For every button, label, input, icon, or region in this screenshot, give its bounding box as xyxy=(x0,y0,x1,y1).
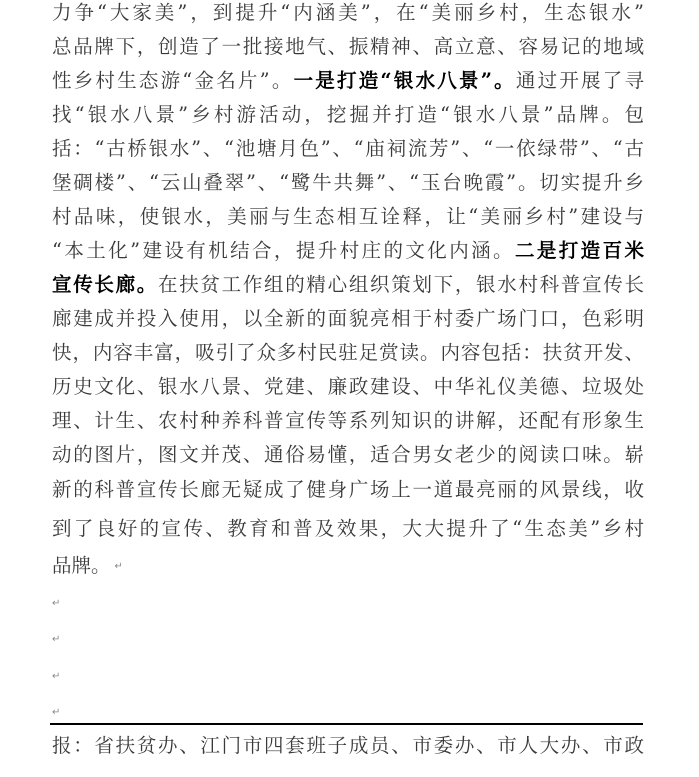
text-line-7: 村品味，使银水，美丽与生态相互诠释，让“美丽乡村”建设与 xyxy=(52,204,644,230)
bold-heading-two-start: 二是打造百米 xyxy=(515,239,644,262)
document-page: 力争“大家美”，到提升“内涵美”，在“美丽乡村，生态银水” 总品牌下，创造了一批… xyxy=(0,0,699,777)
text-line-2: 总品牌下，创造了一批接地气、振精神、高立意、容易记的地域 xyxy=(52,34,644,60)
bold-heading-one: 一是打造“银水八景”。 xyxy=(294,69,516,92)
paragraph-mark-icon: ↵ xyxy=(52,671,60,683)
text-line-6: 堡碉楼”、“云山叠翠”、“鹭牛共舞”、“玉台晚霞”。切实提升乡 xyxy=(52,170,644,196)
line-text: 新的科普宣传长廊无疑成了健身广场上一道最亮丽的风景线，收 xyxy=(52,478,644,501)
line-text: 历史文化、银水八景、党建、廉政建设、中华礼仪美德、垃圾处 xyxy=(52,375,644,398)
line-text: 力争“大家美”，到提升“内涵美”，在“美丽乡村，生态银水” xyxy=(52,1,644,24)
line-text: 总品牌下，创造了一批接地气、振精神、高立意、容易记的地域 xyxy=(52,35,644,58)
text-line-17: 品牌。↵ xyxy=(52,553,644,579)
text-line-5: 括：“古桥银水”、“池塘月色”、“庙祠流芳”、“一依绿带”、“古 xyxy=(52,136,644,162)
text-line-1: 力争“大家美”，到提升“内涵美”，在“美丽乡村，生态银水” xyxy=(52,0,644,26)
bold-heading-two-end: 宣传长廊。 xyxy=(52,273,158,296)
line-text: 括：“古桥银水”、“池塘月色”、“庙祠流芳”、“一依绿带”、“古 xyxy=(52,137,644,160)
paragraph-mark-icon: ↵ xyxy=(52,634,60,646)
paragraph-mark-icon: ↵ xyxy=(115,561,123,572)
line-text: 品牌。 xyxy=(52,554,111,577)
line-text: 廊建成并投入使用，以全新的面貌亮相于村委广场门口，色彩明 xyxy=(52,307,644,330)
line-text: 通过开展了寻 xyxy=(516,69,644,92)
text-line-13: 理、计生、农村种养科普宣传等系列知识的讲解，还配有形象生 xyxy=(52,408,644,434)
distribution-text: 报：省扶贫办、江门市四套班子成员、市委办、市人大办、市政 xyxy=(52,734,644,757)
line-text: 到了良好的宣传、教育和普及效果，大大提升了“生态美”乡村 xyxy=(52,517,644,540)
line-text: “本土化”建设有机结合，提升村庄的文化内涵。 xyxy=(52,239,515,262)
text-line-15: 新的科普宣传长廊无疑成了健身广场上一道最亮丽的风景线，收 xyxy=(52,477,644,503)
line-text: 堡碉楼”、“云山叠翠”、“鹭牛共舞”、“玉台晚霞”。切实提升乡 xyxy=(52,171,644,194)
line-text: 快，内容丰富，吸引了众多村民驻足赏读。内容包括：扶贫开发、 xyxy=(52,341,644,364)
horizontal-rule xyxy=(50,723,643,725)
line-text: 找“银水八景”乡村游活动，挖掘并打造“银水八景”品牌。包 xyxy=(52,103,644,126)
line-text: 动的图片，图文并茂、通俗易懂，适合男女老少的阅读口味。崭 xyxy=(52,443,644,466)
text-line-16: 到了良好的宣传、教育和普及效果，大大提升了“生态美”乡村 xyxy=(52,516,644,542)
line-text: 在扶贫工作组的精心组织策划下，银水村科普宣传长 xyxy=(158,273,644,296)
text-line-14: 动的图片，图文并茂、通俗易懂，适合男女老少的阅读口味。崭 xyxy=(52,442,644,468)
line-text: 性乡村生态游“金名片”。 xyxy=(52,69,294,92)
text-line-8: “本土化”建设有机结合，提升村庄的文化内涵。二是打造百米 xyxy=(52,238,644,264)
text-line-11: 快，内容丰富，吸引了众多村民驻足赏读。内容包括：扶贫开发、 xyxy=(52,340,644,366)
text-line-9: 宣传长廊。在扶贫工作组的精心组织策划下，银水村科普宣传长 xyxy=(52,272,644,298)
paragraph-mark-icon: ↵ xyxy=(52,598,60,610)
paragraph-mark-icon: ↵ xyxy=(52,707,60,719)
text-line-10: 廊建成并投入使用，以全新的面貌亮相于村委广场门口，色彩明 xyxy=(52,306,644,332)
text-line-3: 性乡村生态游“金名片”。一是打造“银水八景”。通过开展了寻 xyxy=(52,68,644,94)
distribution-line: 报：省扶贫办、江门市四套班子成员、市委办、市人大办、市政 xyxy=(52,733,644,759)
line-text: 理、计生、农村种养科普宣传等系列知识的讲解，还配有形象生 xyxy=(52,409,644,432)
line-text: 村品味，使银水，美丽与生态相互诠释，让“美丽乡村”建设与 xyxy=(52,205,644,228)
text-line-4: 找“银水八景”乡村游活动，挖掘并打造“银水八景”品牌。包 xyxy=(52,102,644,128)
text-line-12: 历史文化、银水八景、党建、廉政建设、中华礼仪美德、垃圾处 xyxy=(52,374,644,400)
